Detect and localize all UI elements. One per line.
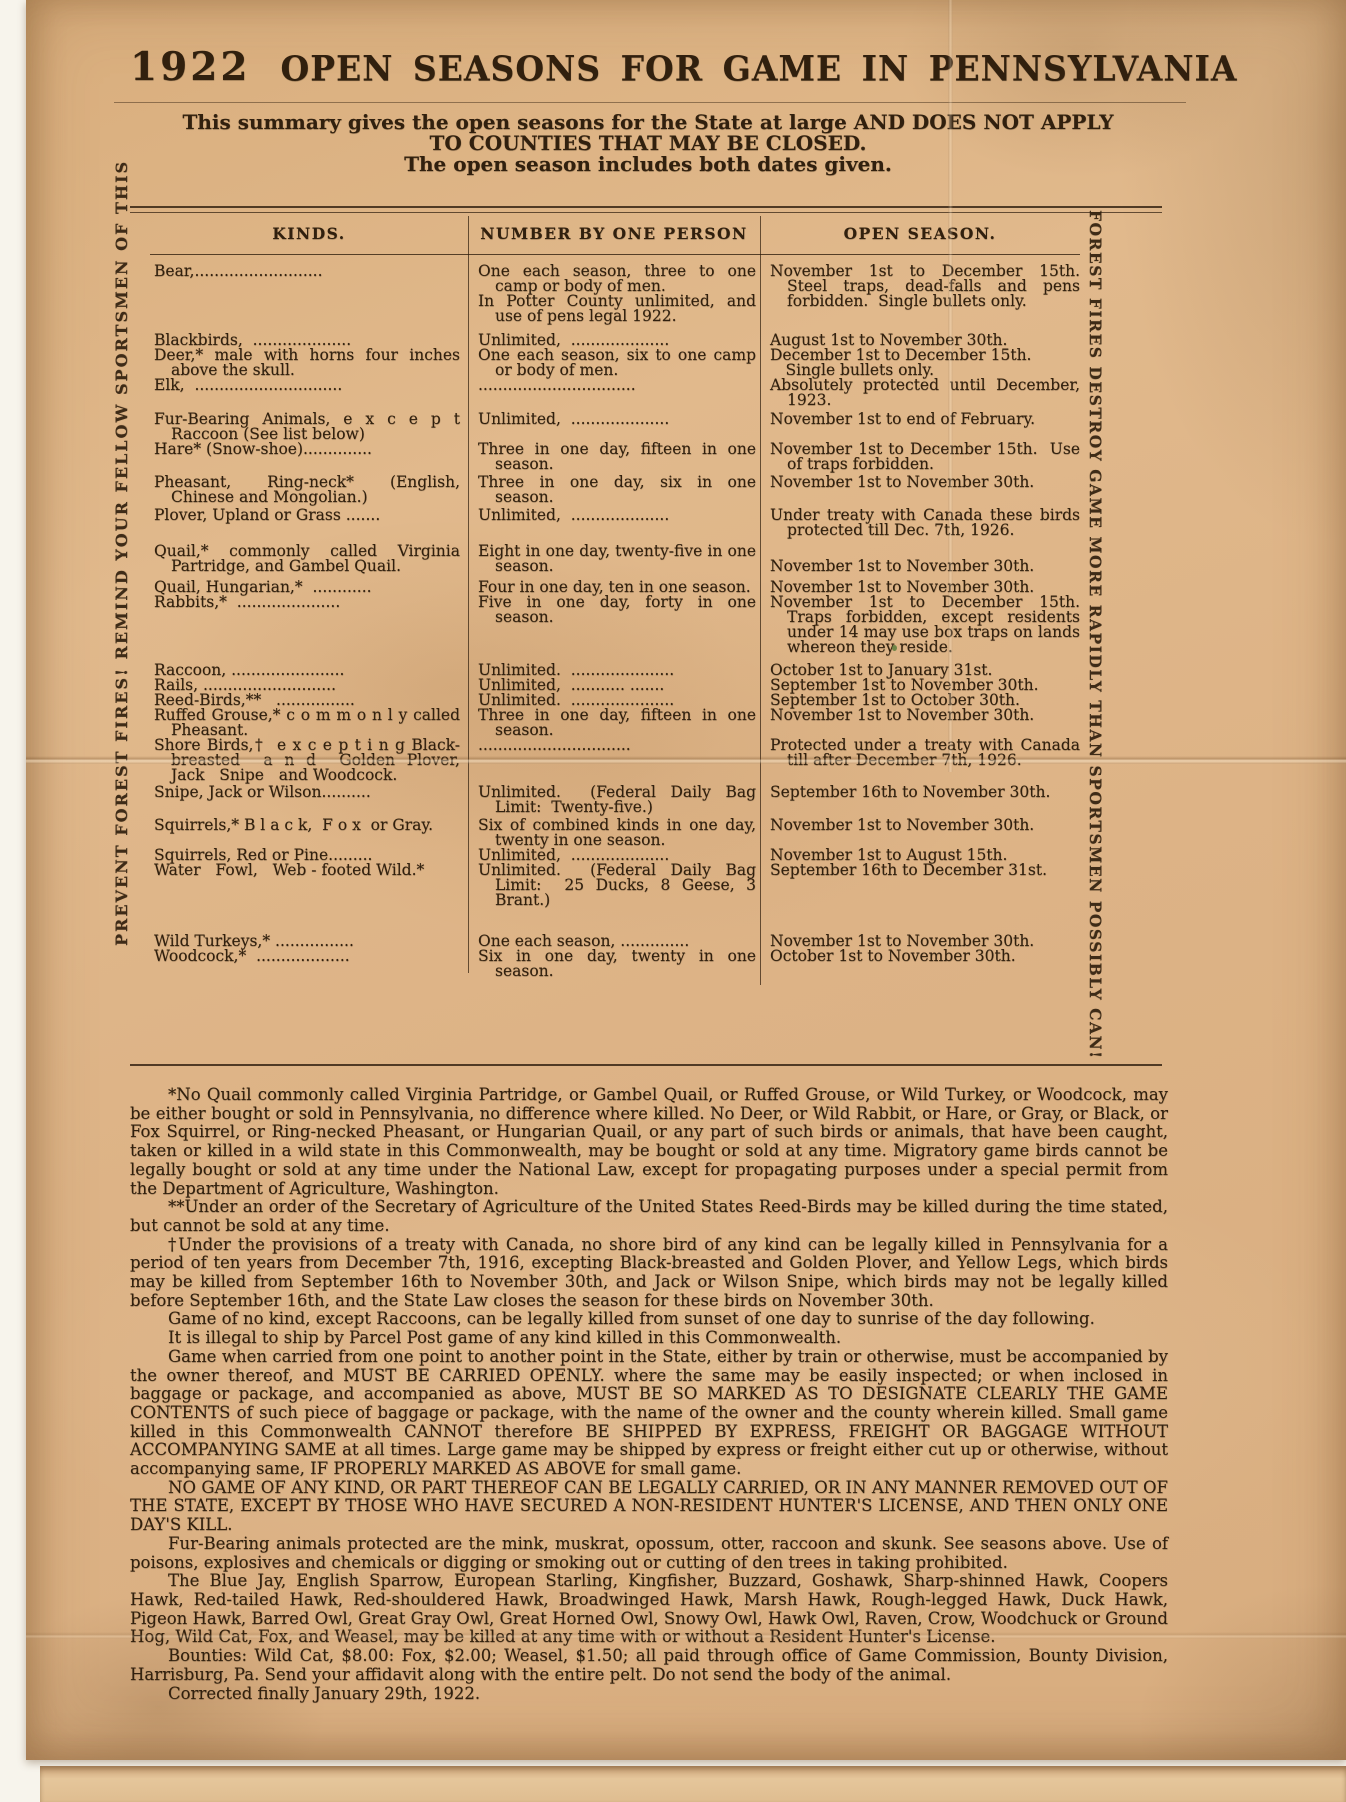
cell-text: Unlimited. (Federal Daily Bag Limit: 25 … <box>478 863 756 908</box>
footnote-paragraph: The Blue Jay, English Sparrow, European … <box>130 1572 1168 1647</box>
column-divider <box>468 216 469 973</box>
cell-text: Pheasant, Ring-neck* (English, Chinese a… <box>154 475 460 505</box>
underlying-page-edge <box>40 1766 1346 1802</box>
cell-text: Deer,* male with horns four inches above… <box>154 348 460 378</box>
cell-text: Squirrels,* B l a c k, F o x or Gray. <box>154 818 460 833</box>
cell-text: September 16th to December 31st. <box>770 863 1080 878</box>
cell-kinds: Woodcock,* ................... <box>150 949 468 979</box>
cell-text: Eight in one day, twenty-five in one sea… <box>478 544 756 574</box>
cell-text: November 1st to November 30th. <box>770 559 1080 574</box>
document-title: OPEN SEASONS FOR GAME IN PENNSYLVANIA <box>281 48 1238 89</box>
cell-kinds: Squirrels,* B l a c k, F o x or Gray. <box>150 818 468 848</box>
cell-kinds: Plover, Upland or Grass ....... <box>150 508 468 538</box>
cell-number: Five in one day, forty in one season. <box>468 595 760 655</box>
table-header-row: KINDS.NUMBER BY ONE PERSONOPEN SEASON. <box>150 212 1080 255</box>
footnote-paragraph: †Under the provisions of a treaty with C… <box>130 1236 1168 1311</box>
cell-text: Six in one day, twenty in one season. <box>478 949 756 979</box>
side-note-right: FOREST FIRES DESTROY GAME MORE RAPIDLY T… <box>1086 210 1105 954</box>
cell-text: Three in one day, six in one season. <box>478 475 756 505</box>
cell-number: Three in one day, six in one season. <box>468 475 760 505</box>
table-row: Rabbits,* .....................Five in o… <box>150 595 1080 655</box>
cell-kinds: Bear,.......................... <box>150 264 468 324</box>
cell-number: Eight in one day, twenty-five in one sea… <box>468 544 760 574</box>
header-divider <box>114 102 1186 103</box>
footnote-paragraph: Game when carried from one point to anot… <box>130 1348 1168 1479</box>
subtitle-line: TO COUNTIES THAT MAY BE CLOSED. <box>130 133 1166 154</box>
table-row: Quail, Hungarian,* ............Four in o… <box>150 574 1080 595</box>
cell-kinds: Fur-Bearing Animals, e x c e p t Raccoon… <box>150 412 468 442</box>
cell-number: One each season, three to one camp or bo… <box>468 264 760 324</box>
cell-season: November 1st to December 15th. Traps for… <box>760 595 1080 655</box>
cell-kinds: Quail,* commonly called Virginia Partrid… <box>150 544 468 574</box>
cell-season: September 16th to November 30th. <box>760 785 1080 815</box>
cell-text: November 1st to November 30th. <box>770 818 1080 833</box>
cell-number: ................................ <box>468 378 760 408</box>
footnote-paragraph: Fur-Bearing animals protected are the mi… <box>130 1535 1168 1572</box>
cell-number: Unlimited. (Federal Daily Bag Limit: 25 … <box>468 863 760 908</box>
table-row: Water Fowl, Web - footed Wild.*Unlimited… <box>150 863 1080 908</box>
cell-text: November 1st to December 15th. Use of tr… <box>770 442 1080 472</box>
cell-kinds: Ruffed Grouse,* c o m m o n l y called P… <box>150 708 468 738</box>
footnotes-section: *No Quail commonly called Virginia Partr… <box>130 1086 1168 1703</box>
cell-season: December 1st to December 15th. Single bu… <box>760 348 1080 378</box>
table-row: Hare* (Snow-shoe)..............Three in … <box>150 442 1080 472</box>
cell-kinds: Snipe, Jack or Wilson.......... <box>150 785 468 815</box>
table-row: Squirrels,* B l a c k, F o x or Gray.Six… <box>150 815 1080 848</box>
cell-text: ............................... <box>478 738 756 753</box>
cell-text: Woodcock,* ................... <box>154 949 460 964</box>
cell-text: ................................ <box>478 378 756 393</box>
cell-text: Three in one day, fifteen in one season. <box>478 708 756 738</box>
footnote-paragraph: **Under an order of the Secretary of Agr… <box>130 1198 1168 1235</box>
cell-kinds: Hare* (Snow-shoe).............. <box>150 442 468 472</box>
cell-number: Six in one day, twenty in one season. <box>468 949 760 979</box>
column-header: OPEN SEASON. <box>760 226 1080 241</box>
cell-text: November 1st to November 30th. <box>770 475 1080 490</box>
paper-sheet: 1922OPEN SEASONS FOR GAME IN PENNSYLVANI… <box>26 0 1346 1760</box>
table-row: Snipe, Jack or Wilson..........Unlimited… <box>150 783 1080 815</box>
cell-number: Six of combined kinds in one day, twenty… <box>468 818 760 848</box>
cell-kinds: Rabbits,* ..................... <box>150 595 468 655</box>
cell-season: Absolutely protected until December, 192… <box>760 378 1080 408</box>
footnote-paragraph: Corrected finally January 29th, 1922. <box>130 1685 1168 1704</box>
column-divider <box>760 216 761 985</box>
cell-text: Unlimited, .................... <box>478 508 756 523</box>
cell-text: Absolutely protected until December, 192… <box>770 378 1080 408</box>
cell-text: November 1st to December 15th. Traps for… <box>770 595 1080 655</box>
cell-text: In Potter County unlimited, and use of p… <box>478 294 756 324</box>
document-year: 1922 <box>130 44 251 90</box>
cell-season: November 1st to November 30th. <box>760 544 1080 574</box>
table-row: Shore Birds,† e x c e p t i n g Black-br… <box>150 738 1080 783</box>
cell-text: Hare* (Snow-shoe).............. <box>154 442 460 457</box>
cell-text: Fur-Bearing Animals, e x c e p t Raccoon… <box>154 412 460 442</box>
cell-text: Three in one day, fifteen in one season. <box>478 442 756 472</box>
cell-text: One each season, three to one camp or bo… <box>478 264 756 294</box>
column-header: KINDS. <box>150 226 468 241</box>
cell-text: Quail,* commonly called Virginia Partrid… <box>154 544 460 574</box>
cell-text: Six of combined kinds in one day, twenty… <box>478 818 756 848</box>
cell-text: Elk, .............................. <box>154 378 460 393</box>
cell-text: Unlimited. (Federal Daily Bag Limit: Twe… <box>478 785 756 815</box>
table-row: Plover, Upland or Grass .......Unlimited… <box>150 505 1080 538</box>
cell-kinds: Water Fowl, Web - footed Wild.* <box>150 863 468 908</box>
cell-text: October 1st to November 30th. <box>770 949 1080 964</box>
cell-kinds: Deer,* male with horns four inches above… <box>150 348 468 378</box>
cell-text: Snipe, Jack or Wilson.......... <box>154 785 460 800</box>
table-row: Deer,* male with horns four inches above… <box>150 348 1080 378</box>
cell-season: November 1st to November 30th. <box>760 708 1080 738</box>
table-row: Elk, ...................................… <box>150 378 1080 408</box>
footnote-paragraph: It is illegal to ship by Parcel Post gam… <box>130 1329 1168 1348</box>
document-header: 1922OPEN SEASONS FOR GAME IN PENNSYLVANI… <box>130 44 1166 90</box>
table-bottom-rule <box>130 1064 1162 1066</box>
cell-text: September 16th to November 30th. <box>770 785 1080 800</box>
footnote-paragraph: Bounties: Wild Cat, $8.00: Fox, $2.00; W… <box>130 1647 1168 1684</box>
cell-text: Five in one day, forty in one season. <box>478 595 756 625</box>
cell-text: November 1st to November 30th. <box>770 708 1080 723</box>
cell-text: Water Fowl, Web - footed Wild.* <box>154 863 460 878</box>
table-row: Ruffed Grouse,* c o m m o n l y called P… <box>150 708 1080 738</box>
cell-number: ............................... <box>468 738 760 783</box>
cell-text: Shore Birds,† e x c e p t i n g Black-br… <box>154 738 460 783</box>
cell-text: Rabbits,* ..................... <box>154 595 460 610</box>
footnote-paragraph: NO GAME OF ANY KIND, OR PART THEREOF CAN… <box>130 1479 1168 1535</box>
cell-season: October 1st to November 30th. <box>760 949 1080 979</box>
cell-kinds: Shore Birds,† e x c e p t i n g Black-br… <box>150 738 468 783</box>
subtitle-line: The open season includes both dates give… <box>130 154 1166 175</box>
cell-season: Protected under a treaty with Canada til… <box>760 738 1080 783</box>
table-row: Wild Turkeys,* ................One each … <box>150 908 1080 949</box>
footnote-paragraph: *No Quail commonly called Virginia Partr… <box>130 1086 1168 1198</box>
cell-season: November 1st to November 30th. <box>760 475 1080 505</box>
ink-speck <box>892 645 897 651</box>
table-row: Blackbirds, ....................Unlimite… <box>150 324 1080 348</box>
subtitle-line: This summary gives the open seasons for … <box>130 112 1166 133</box>
cell-text: Unlimited, .................... <box>478 412 756 427</box>
cell-number: Unlimited, .................... <box>468 508 760 538</box>
table-body: Bear,..........................One each … <box>150 255 1080 979</box>
cell-number: One each season, six to one camp or body… <box>468 348 760 378</box>
cell-text: Protected under a treaty with Canada til… <box>770 738 1080 768</box>
cell-text: Plover, Upland or Grass ....... <box>154 508 460 523</box>
cell-season: November 1st to December 15th. Steel tra… <box>760 264 1080 324</box>
document-subtitle: This summary gives the open seasons for … <box>130 112 1166 175</box>
cell-season: November 1st to end of February. <box>760 412 1080 442</box>
cell-text: November 1st to end of February. <box>770 412 1080 427</box>
cell-season: November 1st to November 30th. <box>760 818 1080 848</box>
game-season-table: KINDS.NUMBER BY ONE PERSONOPEN SEASON. B… <box>150 212 1080 979</box>
cell-number: Unlimited, .................... <box>468 412 760 442</box>
cell-text: Ruffed Grouse,* c o m m o n l y called P… <box>154 708 460 738</box>
cell-number: Three in one day, fifteen in one season. <box>468 442 760 472</box>
cell-season: Under treaty with Canada these birds pro… <box>760 508 1080 538</box>
cell-number: Unlimited. (Federal Daily Bag Limit: Twe… <box>468 785 760 815</box>
scanned-document-page: 1922OPEN SEASONS FOR GAME IN PENNSYLVANI… <box>0 0 1346 1802</box>
table-row: Bear,..........................One each … <box>150 264 1080 324</box>
table-row: Fur-Bearing Animals, e x c e p t Raccoon… <box>150 408 1080 442</box>
cell-text: November 1st to December 15th. Steel tra… <box>770 264 1080 309</box>
cell-season: September 16th to December 31st. <box>760 863 1080 908</box>
cell-kinds: Pheasant, Ring-neck* (English, Chinese a… <box>150 475 468 505</box>
cell-text: One each season, six to one camp or body… <box>478 348 756 378</box>
table-row: Pheasant, Ring-neck* (English, Chinese a… <box>150 472 1080 505</box>
cell-season: November 1st to December 15th. Use of tr… <box>760 442 1080 472</box>
table-row: Woodcock,* ...................Six in one… <box>150 949 1080 979</box>
side-note-left: PREVENT FOREST FIRES! REMIND YOUR FELLOW… <box>112 240 131 946</box>
cell-text: Bear,.......................... <box>154 264 460 279</box>
footnote-paragraph: Game of no kind, except Raccoons, can be… <box>130 1310 1168 1329</box>
column-header: NUMBER BY ONE PERSON <box>468 226 760 241</box>
table-row: Quail,* commonly called Virginia Partrid… <box>150 538 1080 574</box>
table-row: Raccoon, .......................Unlimite… <box>150 655 1080 678</box>
cell-kinds: Elk, .............................. <box>150 378 468 408</box>
cell-number: Three in one day, fifteen in one season. <box>468 708 760 738</box>
cell-text: Under treaty with Canada these birds pro… <box>770 508 1080 538</box>
